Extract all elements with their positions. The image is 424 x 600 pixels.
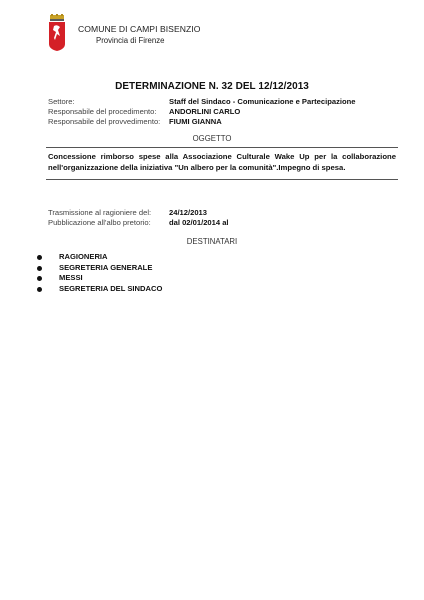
oggetto-heading: OGGETTO xyxy=(0,134,424,143)
bullet-icon xyxy=(37,255,42,260)
destinatari-list: RAGIONERIA SEGRETERIA GENERALE MESSI SEG… xyxy=(36,252,162,294)
list-item: SEGRETERIA DEL SINDACO xyxy=(36,284,162,295)
sector-value: Staff del Sindaco - Comunicazione e Part… xyxy=(169,97,356,106)
oggetto-text: Concessione rimborso spese alla Associaz… xyxy=(48,151,396,173)
recipient-label: MESSI xyxy=(59,273,83,282)
bullet-icon xyxy=(37,276,42,281)
recipient-label: SEGRETERIA GENERALE xyxy=(59,263,152,272)
list-item: RAGIONERIA xyxy=(36,252,162,263)
list-item: MESSI xyxy=(36,273,162,284)
divider-bottom xyxy=(46,179,398,180)
provision-manager-value: FIUMI GIANNA xyxy=(169,117,222,126)
coat-of-arms-icon xyxy=(48,14,66,52)
municipality-name: COMUNE DI CAMPI BISENZIO xyxy=(78,24,200,34)
procedure-manager-value: ANDORLINI CARLO xyxy=(169,107,240,116)
publication-value: dal 02/01/2014 al xyxy=(169,218,229,227)
sector-label: Settore: xyxy=(48,97,75,106)
destinatari-heading: DESTINATARI xyxy=(0,237,424,246)
list-item: SEGRETERIA GENERALE xyxy=(36,263,162,274)
divider-top xyxy=(46,147,398,148)
transmission-value: 24/12/2013 xyxy=(169,208,207,217)
recipient-label: RAGIONERIA xyxy=(59,252,108,261)
province-name: Provincia di Firenze xyxy=(96,36,164,45)
transmission-label: Trasmissione al ragioniere del: xyxy=(48,208,151,217)
recipient-label: SEGRETERIA DEL SINDACO xyxy=(59,284,162,293)
provision-manager-label: Responsabile del provvedimento: xyxy=(48,117,160,126)
publication-label: Pubblicazione all'albo pretorio: xyxy=(48,218,151,227)
bullet-icon xyxy=(37,287,42,292)
procedure-manager-label: Responsabile del procedimento: xyxy=(48,107,157,116)
bullet-icon xyxy=(37,266,42,271)
document-title: DETERMINAZIONE N. 32 DEL 12/12/2013 xyxy=(0,81,424,92)
